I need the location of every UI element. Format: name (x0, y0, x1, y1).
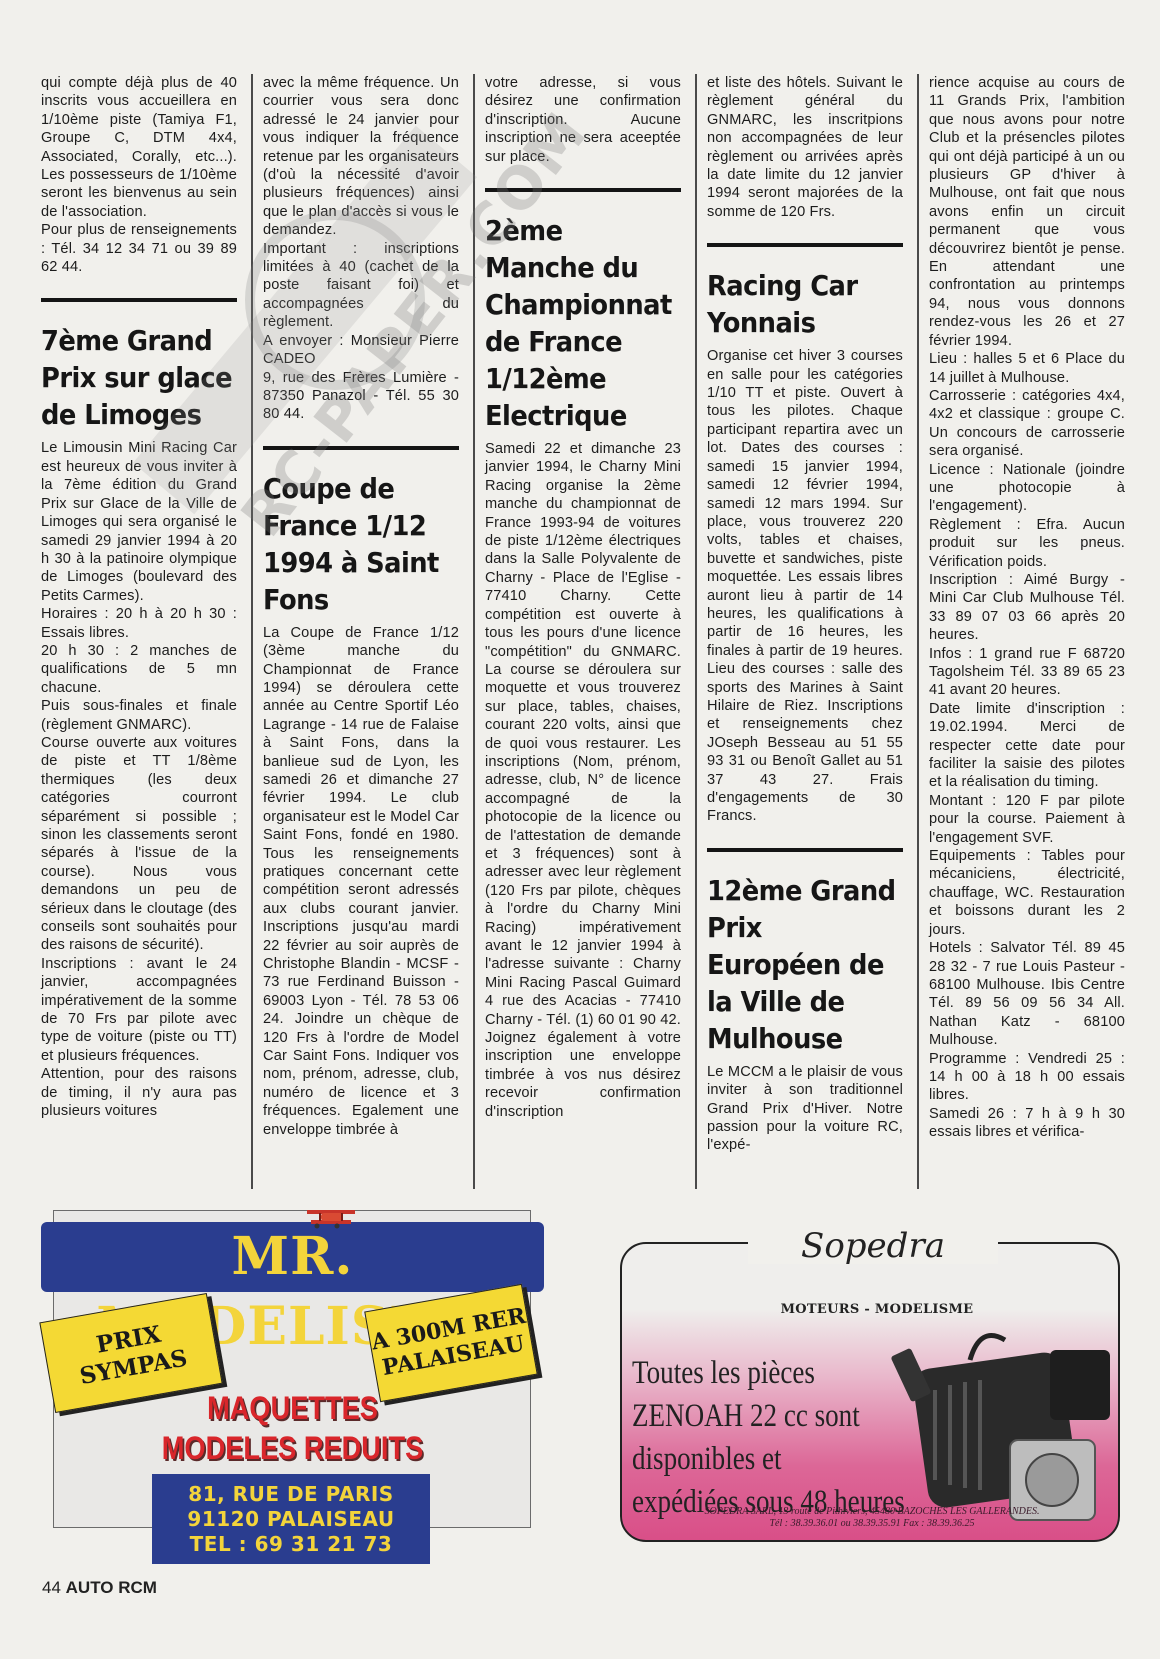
article-paragraph: Equipements : Tables pour mécaniciens, é… (929, 847, 1125, 939)
article-paragraph: Horaires : 20 h à 20 h 30 : Essais libre… (41, 605, 237, 642)
article-headline: 7ème Grand Prix sur glace de Limoges (41, 322, 236, 433)
page-footer: 44 AUTO RCM (42, 1578, 157, 1598)
ad-address-street: 81, RUE DE PARIS (152, 1482, 430, 1507)
ad-sopedra-logo: Sopedra (753, 1226, 993, 1266)
article-paragraph: Attention, pour des raisons de timing, i… (41, 1065, 237, 1120)
section-divider (707, 848, 903, 852)
column-5: rience acquise au cours de 11 Grands Pri… (929, 74, 1125, 1194)
section-divider (707, 243, 903, 247)
section-divider (263, 446, 459, 450)
article-paragraph: Lieu : halles 5 et 6 Place du 14 juillet… (929, 350, 1125, 387)
ad-sopedra-box: MOTEURS - MODELISME Toutes les pièces ZE… (620, 1242, 1120, 1542)
column-divider (473, 74, 475, 1189)
ad-line-maquettes: MAQUETTES (79, 1390, 507, 1427)
article-columns: qui compte déjà plus de 40 inscrits vous… (41, 74, 1125, 1194)
article-paragraph: 9, rue des Frères Lumière - 87350 Panazo… (263, 369, 459, 424)
article-paragraph: Inscription : Aimé Burgy - Mini Car Club… (929, 571, 1125, 645)
article-paragraph: Le Limousin Mini Racing Car est heureux … (41, 439, 237, 605)
article-headline: Racing Car Yonnais (707, 267, 902, 341)
article-paragraph: Puis sous-finales et finale (règlement G… (41, 697, 237, 734)
biplane-icon (303, 1208, 359, 1230)
ad-sopedra: MOTEURS - MODELISME Toutes les pièces ZE… (618, 1224, 1122, 1544)
column-divider (917, 74, 919, 1189)
article-headline: Coupe de France 1/12 1994 à Saint Fons (263, 470, 458, 618)
ad-mr-modelisme: MR. MODELISME PRIX SYMPAS A 300M RER PAL… (41, 1204, 553, 1564)
ad-sopedra-footer: SOPEDRA SARL, 13 route de Pithiviers, 45… (622, 1506, 1120, 1530)
article-paragraph: Date limite d'inscription : 19.02.1994. … (929, 700, 1125, 792)
article-paragraph: Pour plus de renseignements : Tél. 34 12… (41, 221, 237, 276)
ad-sopedra-headline: Toutes les pièces ZENOAH 22 cc sont disp… (632, 1352, 886, 1524)
article-paragraph: Samedi 26 : 7 h à 9 h 30 essais libres e… (929, 1105, 1125, 1142)
ad-line-modeles-reduits: MODELES REDUITS (79, 1430, 507, 1467)
article-paragraph: Montant : 120 F par pilote pour la cours… (929, 792, 1125, 847)
column-divider (695, 74, 697, 1189)
article-paragraph: Important : inscriptions limitées à 40 (… (263, 240, 459, 332)
article-paragraph: avec la même fréquence. Un courrier vous… (263, 74, 459, 240)
article-paragraph: Course ouverte aux voitures de piste et … (41, 734, 237, 955)
column-2: avec la même fréquence. Un courrier vous… (263, 74, 459, 1194)
ad-sopedra-tagline: MOTEURS - MODELISME (742, 1302, 1012, 1317)
section-divider (41, 298, 237, 302)
magazine-name: AUTO RCM (66, 1578, 157, 1597)
article-paragraph: Hotels : Salvator Tél. 89 45 28 32 - 7 r… (929, 939, 1125, 1049)
article-paragraph: Le MCCM a le plaisir de vous inviter à s… (707, 1063, 903, 1155)
article-paragraph: Inscriptions : avant le 24 janvier, acco… (41, 955, 237, 1065)
article-paragraph: La Coupe de France 1/12 (3ème manche du … (263, 624, 459, 1139)
section-divider (485, 188, 681, 192)
column-4: et liste des hôtels. Suivant le règlemen… (707, 74, 903, 1194)
article-paragraph: Infos : 1 grand rue F 68720 Tagolsheim T… (929, 645, 1125, 700)
ad-brand-banner: MR. MODELISME (41, 1222, 544, 1292)
ad-address-box: 81, RUE DE PARIS 91120 PALAISEAU TEL : 6… (152, 1474, 430, 1564)
article-paragraph: rience acquise au cours de 11 Grands Pri… (929, 74, 1125, 350)
article-paragraph: Licence : Nationale (joindre une photoco… (929, 461, 1125, 516)
article-paragraph: A envoyer : Monsieur Pierre CADEO (263, 332, 459, 369)
column-3: votre adresse, si vous désirez une confi… (485, 74, 681, 1194)
article-headline: 2ème Manche du Championnat de France 1/1… (485, 212, 680, 434)
engine-image-icon (880, 1320, 1120, 1530)
article-paragraph: Samedi 22 et dimanche 23 janvier 1994, l… (485, 440, 681, 1121)
article-paragraph: votre adresse, si vous désirez une confi… (485, 74, 681, 166)
article-paragraph: et liste des hôtels. Suivant le règlemen… (707, 74, 903, 221)
article-paragraph: qui compte déjà plus de 40 inscrits vous… (41, 74, 237, 221)
article-paragraph: Règlement : Efra. Aucun produit sur les … (929, 516, 1125, 571)
ad-address-city: 91120 PALAISEAU (152, 1507, 430, 1532)
page-number: 44 (42, 1578, 61, 1597)
article-paragraph: Carrosserie : catégories 4x4, 4x2 et cla… (929, 387, 1125, 461)
article-paragraph: Organise cet hiver 3 courses en salle po… (707, 347, 903, 826)
article-paragraph: 20 h 30 : 2 manches de qualifications de… (41, 642, 237, 697)
column-divider (251, 74, 253, 1189)
article-headline: 12ème Grand Prix Européen de la Ville de… (707, 872, 902, 1057)
article-paragraph: Programme : Vendredi 25 : 14 h 00 à 18 h… (929, 1050, 1125, 1105)
ad-address-phone: TEL : 69 31 21 73 (152, 1532, 430, 1557)
column-1: qui compte déjà plus de 40 inscrits vous… (41, 74, 237, 1194)
